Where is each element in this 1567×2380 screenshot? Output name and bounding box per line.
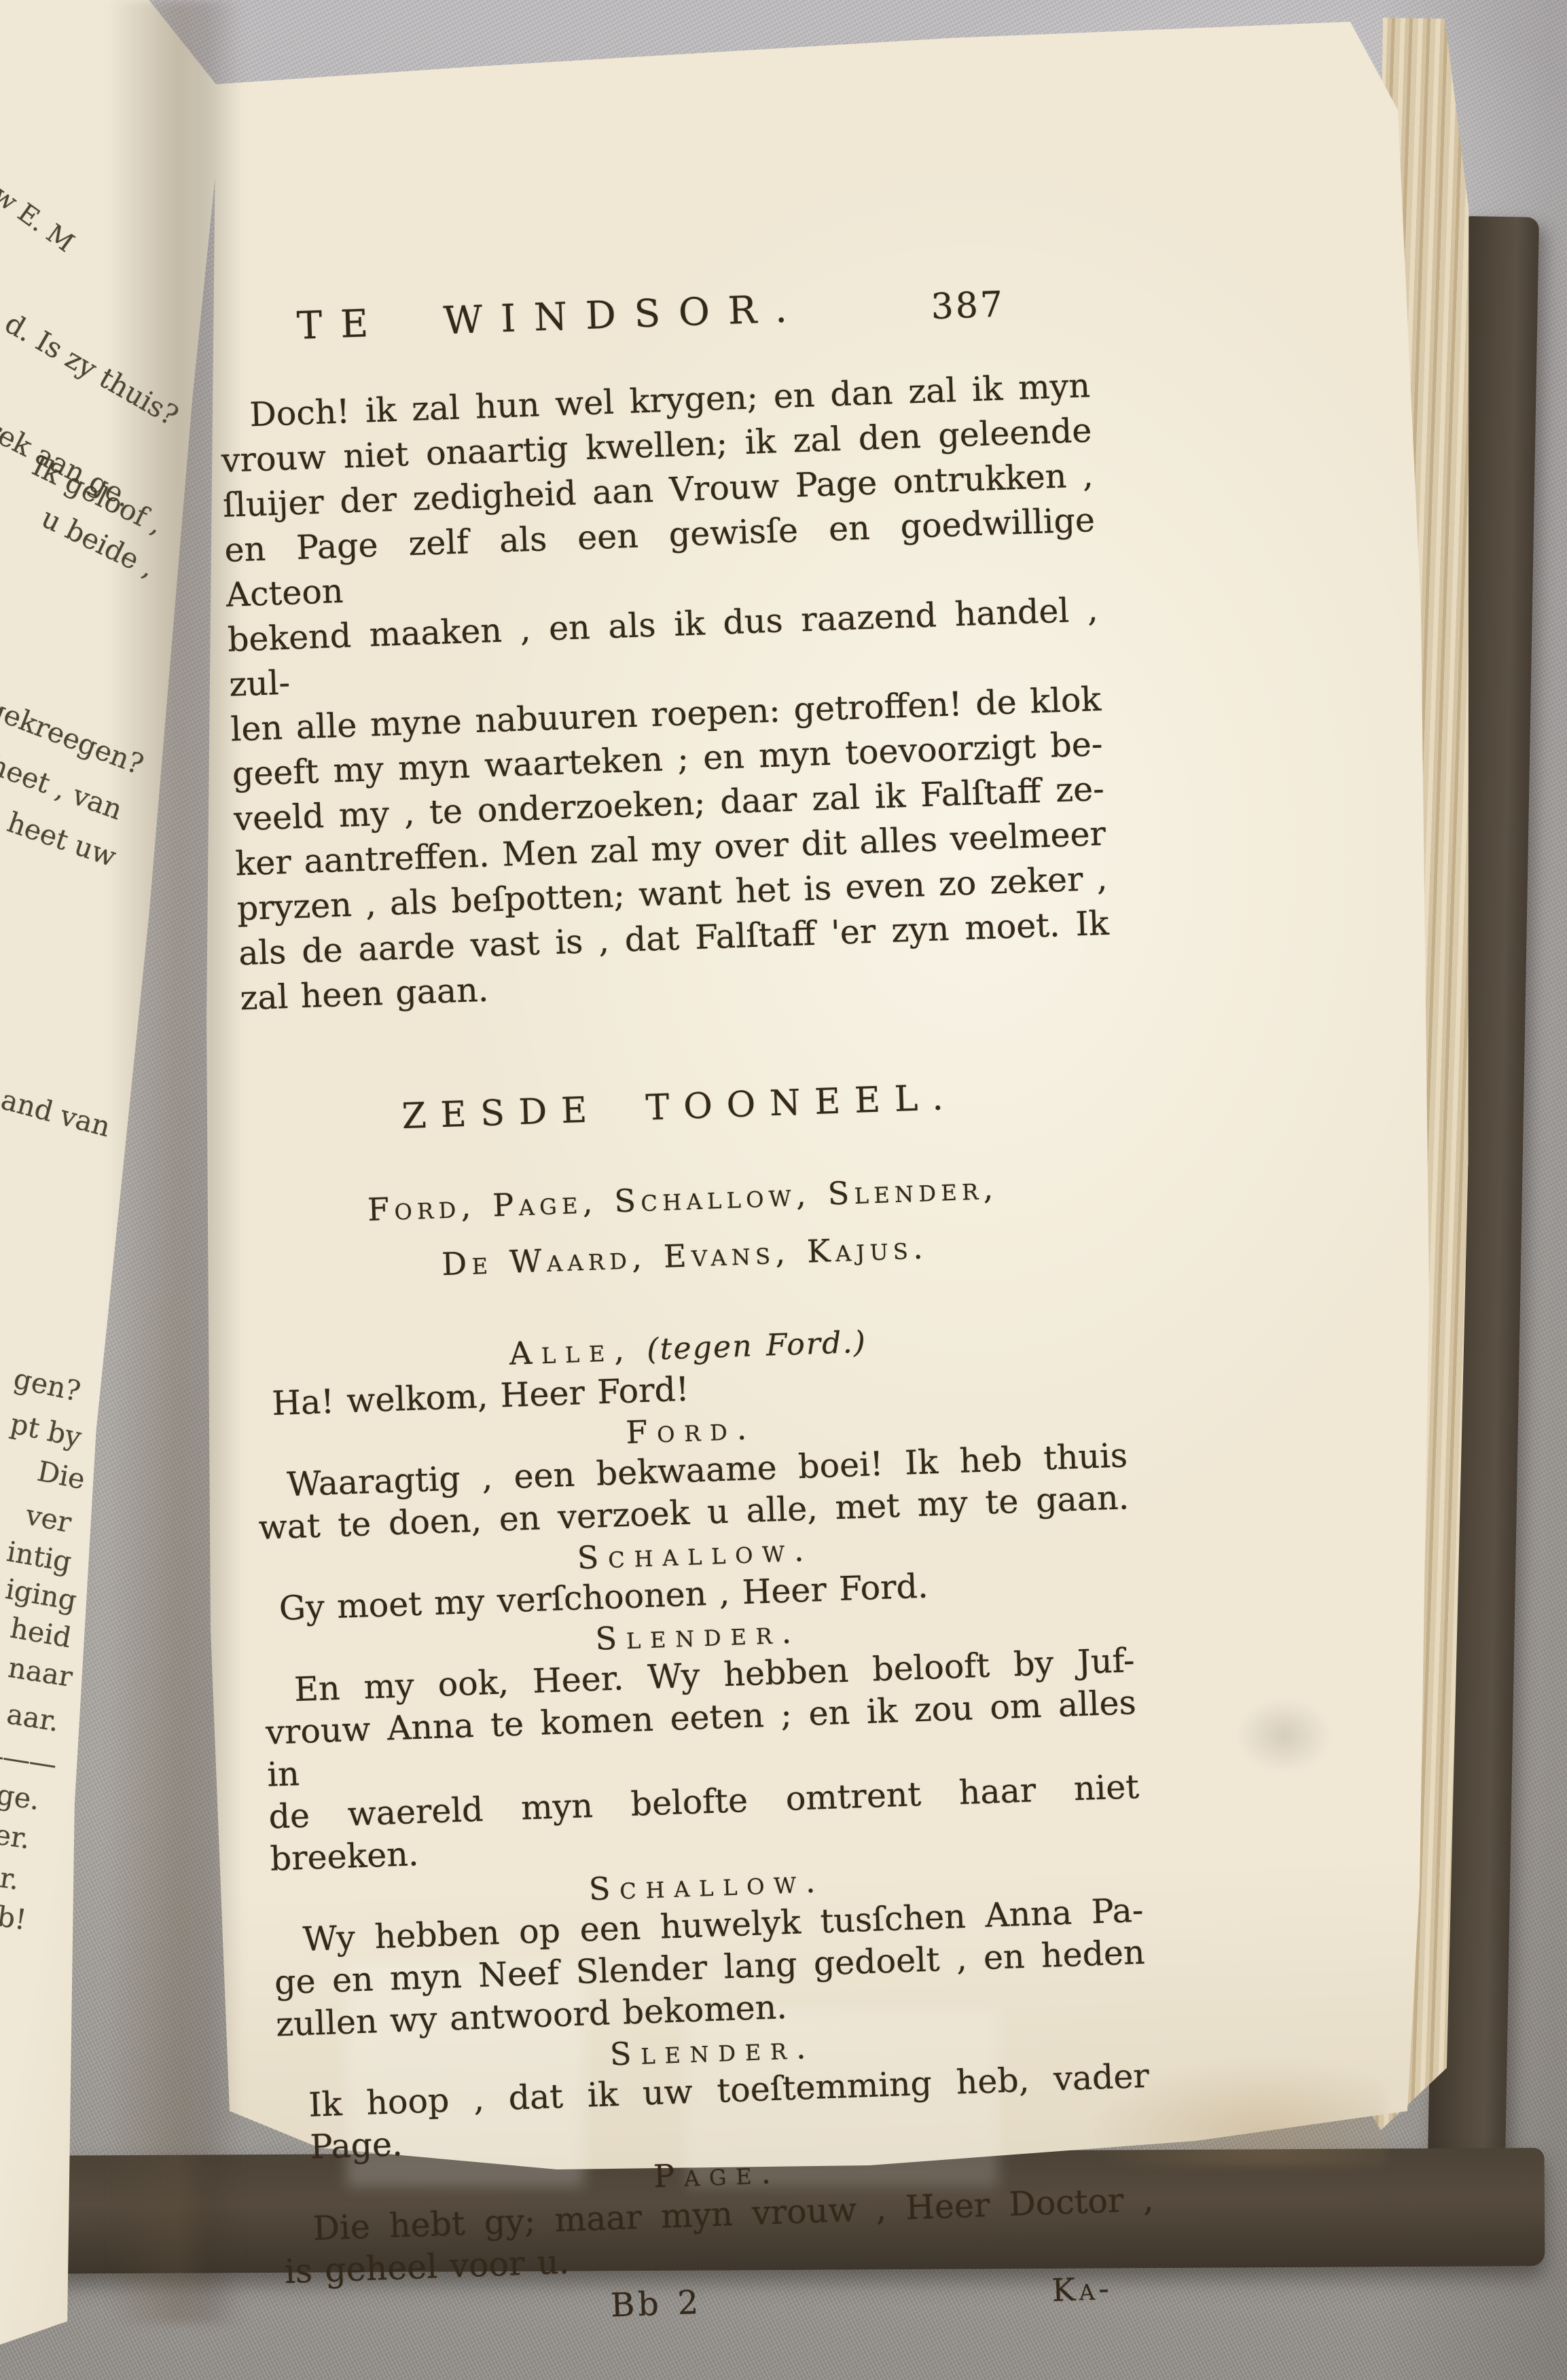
cast-list: Ford, Page, Schallow, Slender, De Waard,… <box>247 1155 1121 1299</box>
left-page-fragment: ge. <box>0 1778 42 1816</box>
speaker-name: Ford. <box>625 1409 756 1451</box>
speaker-name: Alle, <box>509 1331 634 1372</box>
paper-smudge <box>1236 1698 1331 1773</box>
speaker-name: Page. <box>653 2154 780 2195</box>
stage-direction: (tegen Ford.) <box>646 1325 867 1367</box>
left-page-fragment: b! <box>0 1900 29 1936</box>
speaker-name: Slender. <box>595 1613 801 1657</box>
speaker-name: Schallow. <box>588 1862 825 1907</box>
signature-mark: Bb 2 <box>610 2280 702 2328</box>
left-page-fragment: er. <box>0 1818 32 1856</box>
scene-heading: ZESDE TOONEEL. <box>244 1066 1116 1149</box>
printed-text-block: TE WINDSOR. 387 Doch! ik zal hun wel kry… <box>216 276 1157 2337</box>
catchword: Ka- <box>1051 2266 1113 2313</box>
page-number: 387 <box>930 282 1005 329</box>
speaker-name: Schallow. <box>577 1531 814 1576</box>
book-photo: { "header": { "title": "TE WINDSOR.", "p… <box>0 0 1567 2380</box>
speaker-name: Slender. <box>609 2029 816 2073</box>
